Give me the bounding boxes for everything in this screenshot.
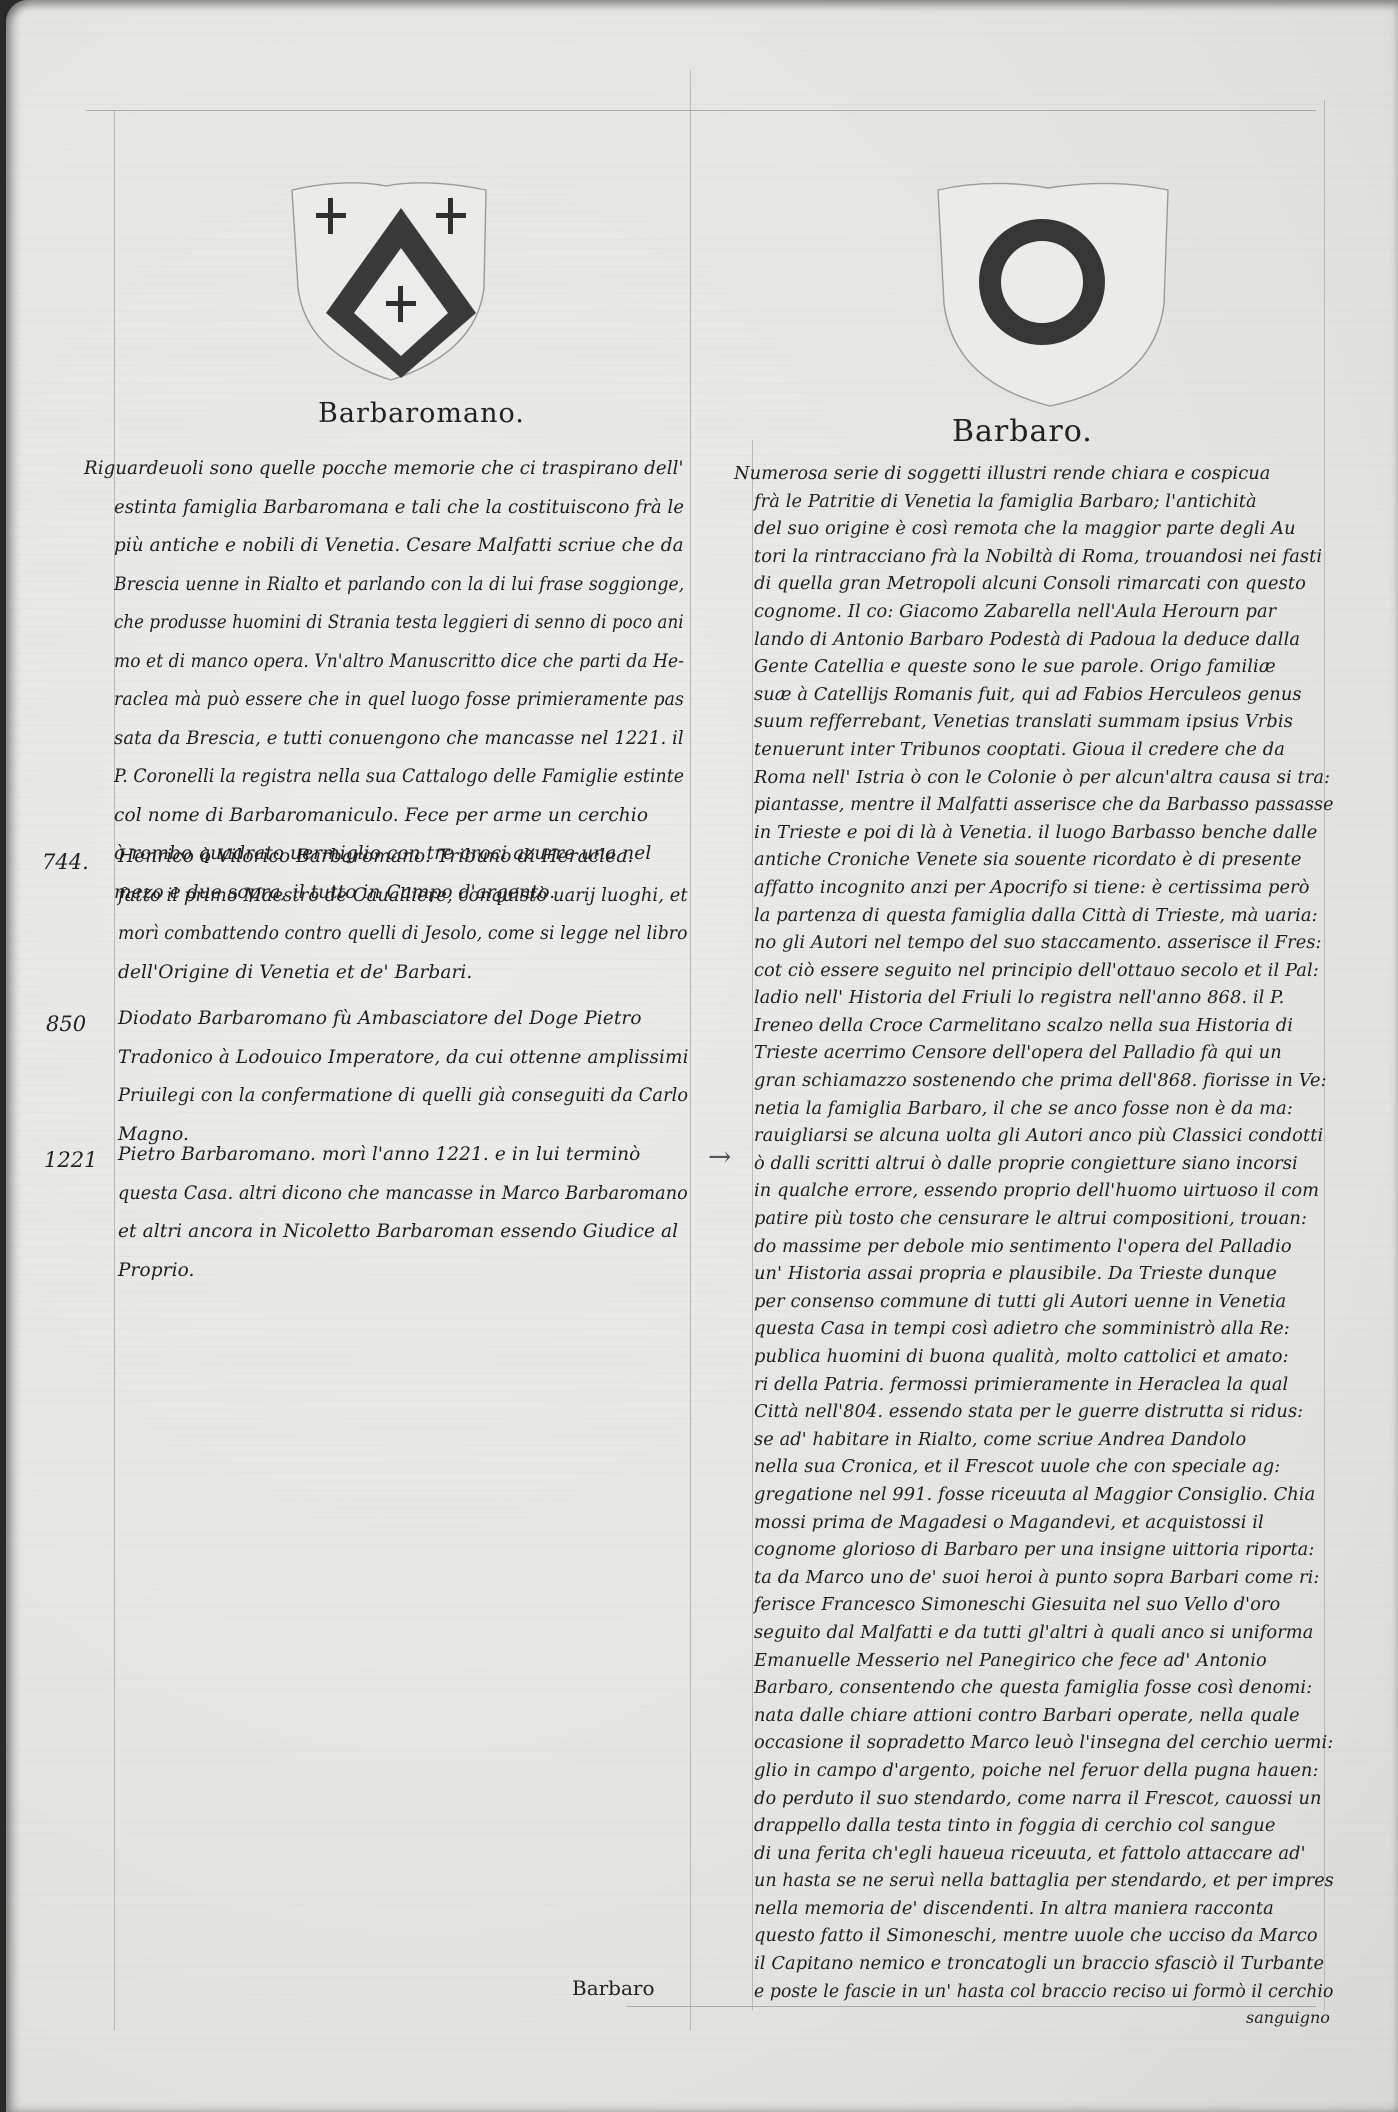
text-line: Numerosa serie di soggetti illustri rend… (734, 460, 1334, 488)
intro-line: Brescia uenne in Rialto et parlando con … (114, 566, 642, 605)
intro-line: mo et di manco opera. Vn'altro Manuscrit… (114, 643, 638, 682)
top-rule (86, 110, 1316, 111)
entry-line: Henrico ò Vilorico Barbaromano. Tribuno … (118, 838, 688, 877)
text-line: patire più tosto che censurare le altrui… (754, 1205, 1334, 1233)
text-line: Ireneo della Croce Carmelitano scalzo ne… (754, 1012, 1334, 1040)
text-line: gran schiamazzo sostenendo che prima del… (754, 1067, 1334, 1095)
coat-of-arms-barbaromano (286, 168, 496, 392)
text-line: antiche Croniche Venete sia souente rico… (754, 846, 1334, 874)
text-line: gregatione nel 991. fosse riceuuta al Ma… (754, 1481, 1334, 1509)
text-line: ri della Patria. fermossi primieramente … (754, 1371, 1334, 1399)
intro-line: sata da Brescia, e tutti conuengono che … (114, 720, 667, 759)
intro-line: raclea mà può essere che in quel luogo f… (114, 681, 646, 720)
text-line: un hasta se ne seruì nella battaglia per… (754, 1867, 1325, 1895)
text-line: in qualche errore, essendo proprio dell'… (754, 1177, 1334, 1205)
text-line: tenuerunt inter Tribunos cooptati. Gioua… (754, 736, 1334, 764)
catchword-right: sanguigno (1246, 2008, 1330, 2027)
bottom-rule (626, 2006, 1316, 2007)
text-line: drappello dalla testa tinto in foggia di… (754, 1812, 1334, 1840)
text-line: cot ciò essere seguito nel principio del… (754, 957, 1334, 985)
text-line: Città nell'804. essendo stata per le gue… (754, 1398, 1334, 1426)
text-line: nata dalle chiare attioni contro Barbari… (754, 1702, 1334, 1730)
text-line: nella memoria de' discendenti. In altra … (754, 1895, 1334, 1923)
entry-1221: Pietro Barbaromano. morì l'anno 1221. e … (118, 1136, 688, 1290)
text-line: frà le Patritie di Venetia la famiglia B… (754, 488, 1334, 516)
text-line: cognome. Il co: Giacomo Zabarella nell'A… (754, 598, 1334, 626)
text-line: do massime per debole mio sentimento l'o… (754, 1233, 1334, 1261)
shield-ring-icon (932, 174, 1172, 414)
text-line: di quella gran Metropoli alcuni Consoli … (754, 570, 1334, 598)
entry-line: fatto il primo Maestro de Caualliere, co… (118, 877, 667, 916)
intro-line: col nome di Barbaromaniculo. Fece per ar… (114, 797, 684, 836)
text-line: ferisce Francesco Simoneschi Giesuita ne… (754, 1591, 1334, 1619)
text-line: Roma nell' Istria ò con le Colonie ò per… (754, 764, 1334, 792)
text-line: di una ferita ch'egli haueua riceuuta, e… (754, 1840, 1334, 1868)
catchword-left: Barbaro (572, 1976, 655, 2000)
intro-line: più antiche e nobili di Venetia. Cesare … (114, 527, 679, 566)
text-line: suum refferrebant, Venetias translati su… (754, 708, 1334, 736)
text-line: nella sua Cronica, et il Frescot uuole c… (754, 1453, 1334, 1481)
text-line: publica huomini di buona qualità, molto … (754, 1343, 1334, 1371)
text-line: do perduto il suo stendardo, come narra … (754, 1785, 1334, 1813)
intro-line: P. Coronelli la registra nella sua Catta… (114, 758, 646, 797)
coat-of-arms-barbaro (932, 174, 1172, 418)
entry-line: questa Casa. altri dicono che mancasse i… (118, 1175, 660, 1214)
entry-line: dell'Origine di Venetia et de' Barbari. (118, 954, 688, 993)
barbaro-paragraph: Numerosa serie di soggetti illustri rend… (734, 460, 1334, 2005)
text-line: occasione il sopradetto Marco leuò l'ins… (754, 1729, 1334, 1757)
text-line: glio in campo d'argento, poiche nel feru… (754, 1757, 1334, 1785)
text-line: rauigliarsi se alcuna uolta gli Autori a… (754, 1122, 1334, 1150)
entry-744: Henrico ò Vilorico Barbaromano. Tribuno … (118, 838, 688, 992)
intro-line: estinta famiglia Barbaromana e tali che … (114, 489, 669, 528)
text-line: se ad' habitare in Rialto, come scriue A… (754, 1426, 1334, 1454)
entry-line: Proprio. (118, 1252, 688, 1291)
text-line: Gente Catellia e queste sono le sue paro… (754, 653, 1334, 681)
margin-arrow: → (708, 1140, 731, 1173)
text-line: lando di Antonio Barbaro Podestà di Pado… (754, 626, 1334, 654)
text-line: del suo origine è così remota che la mag… (754, 515, 1334, 543)
text-line: piantasse, mentre il Malfatti asserisce … (754, 791, 1323, 819)
text-line: Barbaro, consentendo che questa famiglia… (754, 1674, 1334, 1702)
text-line: questa Casa in tempi così adietro che so… (754, 1315, 1334, 1343)
entry-line: Priuilegi con la confermatione di quelli… (118, 1077, 664, 1116)
text-line: la partenza di questa famiglia dalla Cit… (754, 902, 1334, 930)
text-line: netia la famiglia Barbaro, il che se anc… (754, 1095, 1334, 1123)
text-line: seguito dal Malfatti e da tutti gl'altri… (754, 1619, 1334, 1647)
text-line: affatto incognito anzi per Apocrifo si t… (754, 874, 1334, 902)
entry-line: Pietro Barbaromano. morì l'anno 1221. e … (118, 1136, 688, 1175)
entry-year-850: 850 (46, 1012, 86, 1036)
text-line: un' Historia assai propria e plausibile.… (754, 1260, 1334, 1288)
manuscript-page: Barbaromano. Riguardeuoli sono quelle po… (6, 0, 1398, 2112)
heading-barbaromano: Barbaromano. (318, 398, 525, 429)
entry-line: Diodato Barbaromano fù Ambasciatore del … (118, 1000, 688, 1039)
text-line: ladio nell' Historia del Friuli lo regis… (754, 984, 1334, 1012)
text-line: questo fatto il Simoneschi, mentre uuole… (754, 1922, 1334, 1950)
entry-line: morì combattendo contro quelli di Jesolo… (118, 915, 647, 954)
text-line: in Trieste e poi di là à Venetia. il luo… (754, 819, 1334, 847)
entry-850: Diodato Barbaromano fù Ambasciatore del … (118, 1000, 688, 1154)
text-line: e poste le fascie in un' hasta col bracc… (754, 1978, 1315, 2006)
shield-lozenge-three-crosses-icon (286, 168, 496, 388)
text-line: Emanuelle Messerio nel Panegirico che fe… (754, 1647, 1334, 1675)
intro-line: che produsse huomini di Strania testa le… (114, 604, 625, 643)
text-line: ò dalli scritti altrui ò dalle proprie c… (754, 1150, 1334, 1178)
text-line: cognome glorioso di Barbaro per una insi… (754, 1536, 1334, 1564)
entry-year-1221: 1221 (44, 1148, 97, 1172)
text-line: per consenso commune di tutti gli Autori… (754, 1288, 1334, 1316)
intro-line: Riguardeuoli sono quelle pocche memorie … (84, 450, 672, 489)
entry-line: Tradonico à Lodouico Imperatore, da cui … (118, 1039, 685, 1078)
text-line: ta da Marco uno de' suoi heroi à punto s… (754, 1564, 1334, 1592)
entry-year-744: 744. (42, 850, 89, 874)
text-line: il Capitano nemico e troncatogli un brac… (754, 1950, 1334, 1978)
heading-barbaro: Barbaro. (952, 414, 1093, 449)
entry-line: et altri ancora in Nicoletto Barbaroman … (118, 1213, 688, 1252)
column-divider-rule (690, 70, 691, 2030)
text-line: Trieste acerrimo Censore dell'opera del … (754, 1039, 1334, 1067)
left-margin-rule (114, 110, 115, 2030)
text-line: suæ à Catellijs Romanis fuit, qui ad Fab… (754, 681, 1334, 709)
text-line: no gli Autori nel tempo del suo staccame… (754, 929, 1334, 957)
text-line: tori la rintracciano frà la Nobiltà di R… (754, 543, 1334, 571)
text-line: mossi prima de Magadesi o Magandevi, et … (754, 1509, 1334, 1537)
